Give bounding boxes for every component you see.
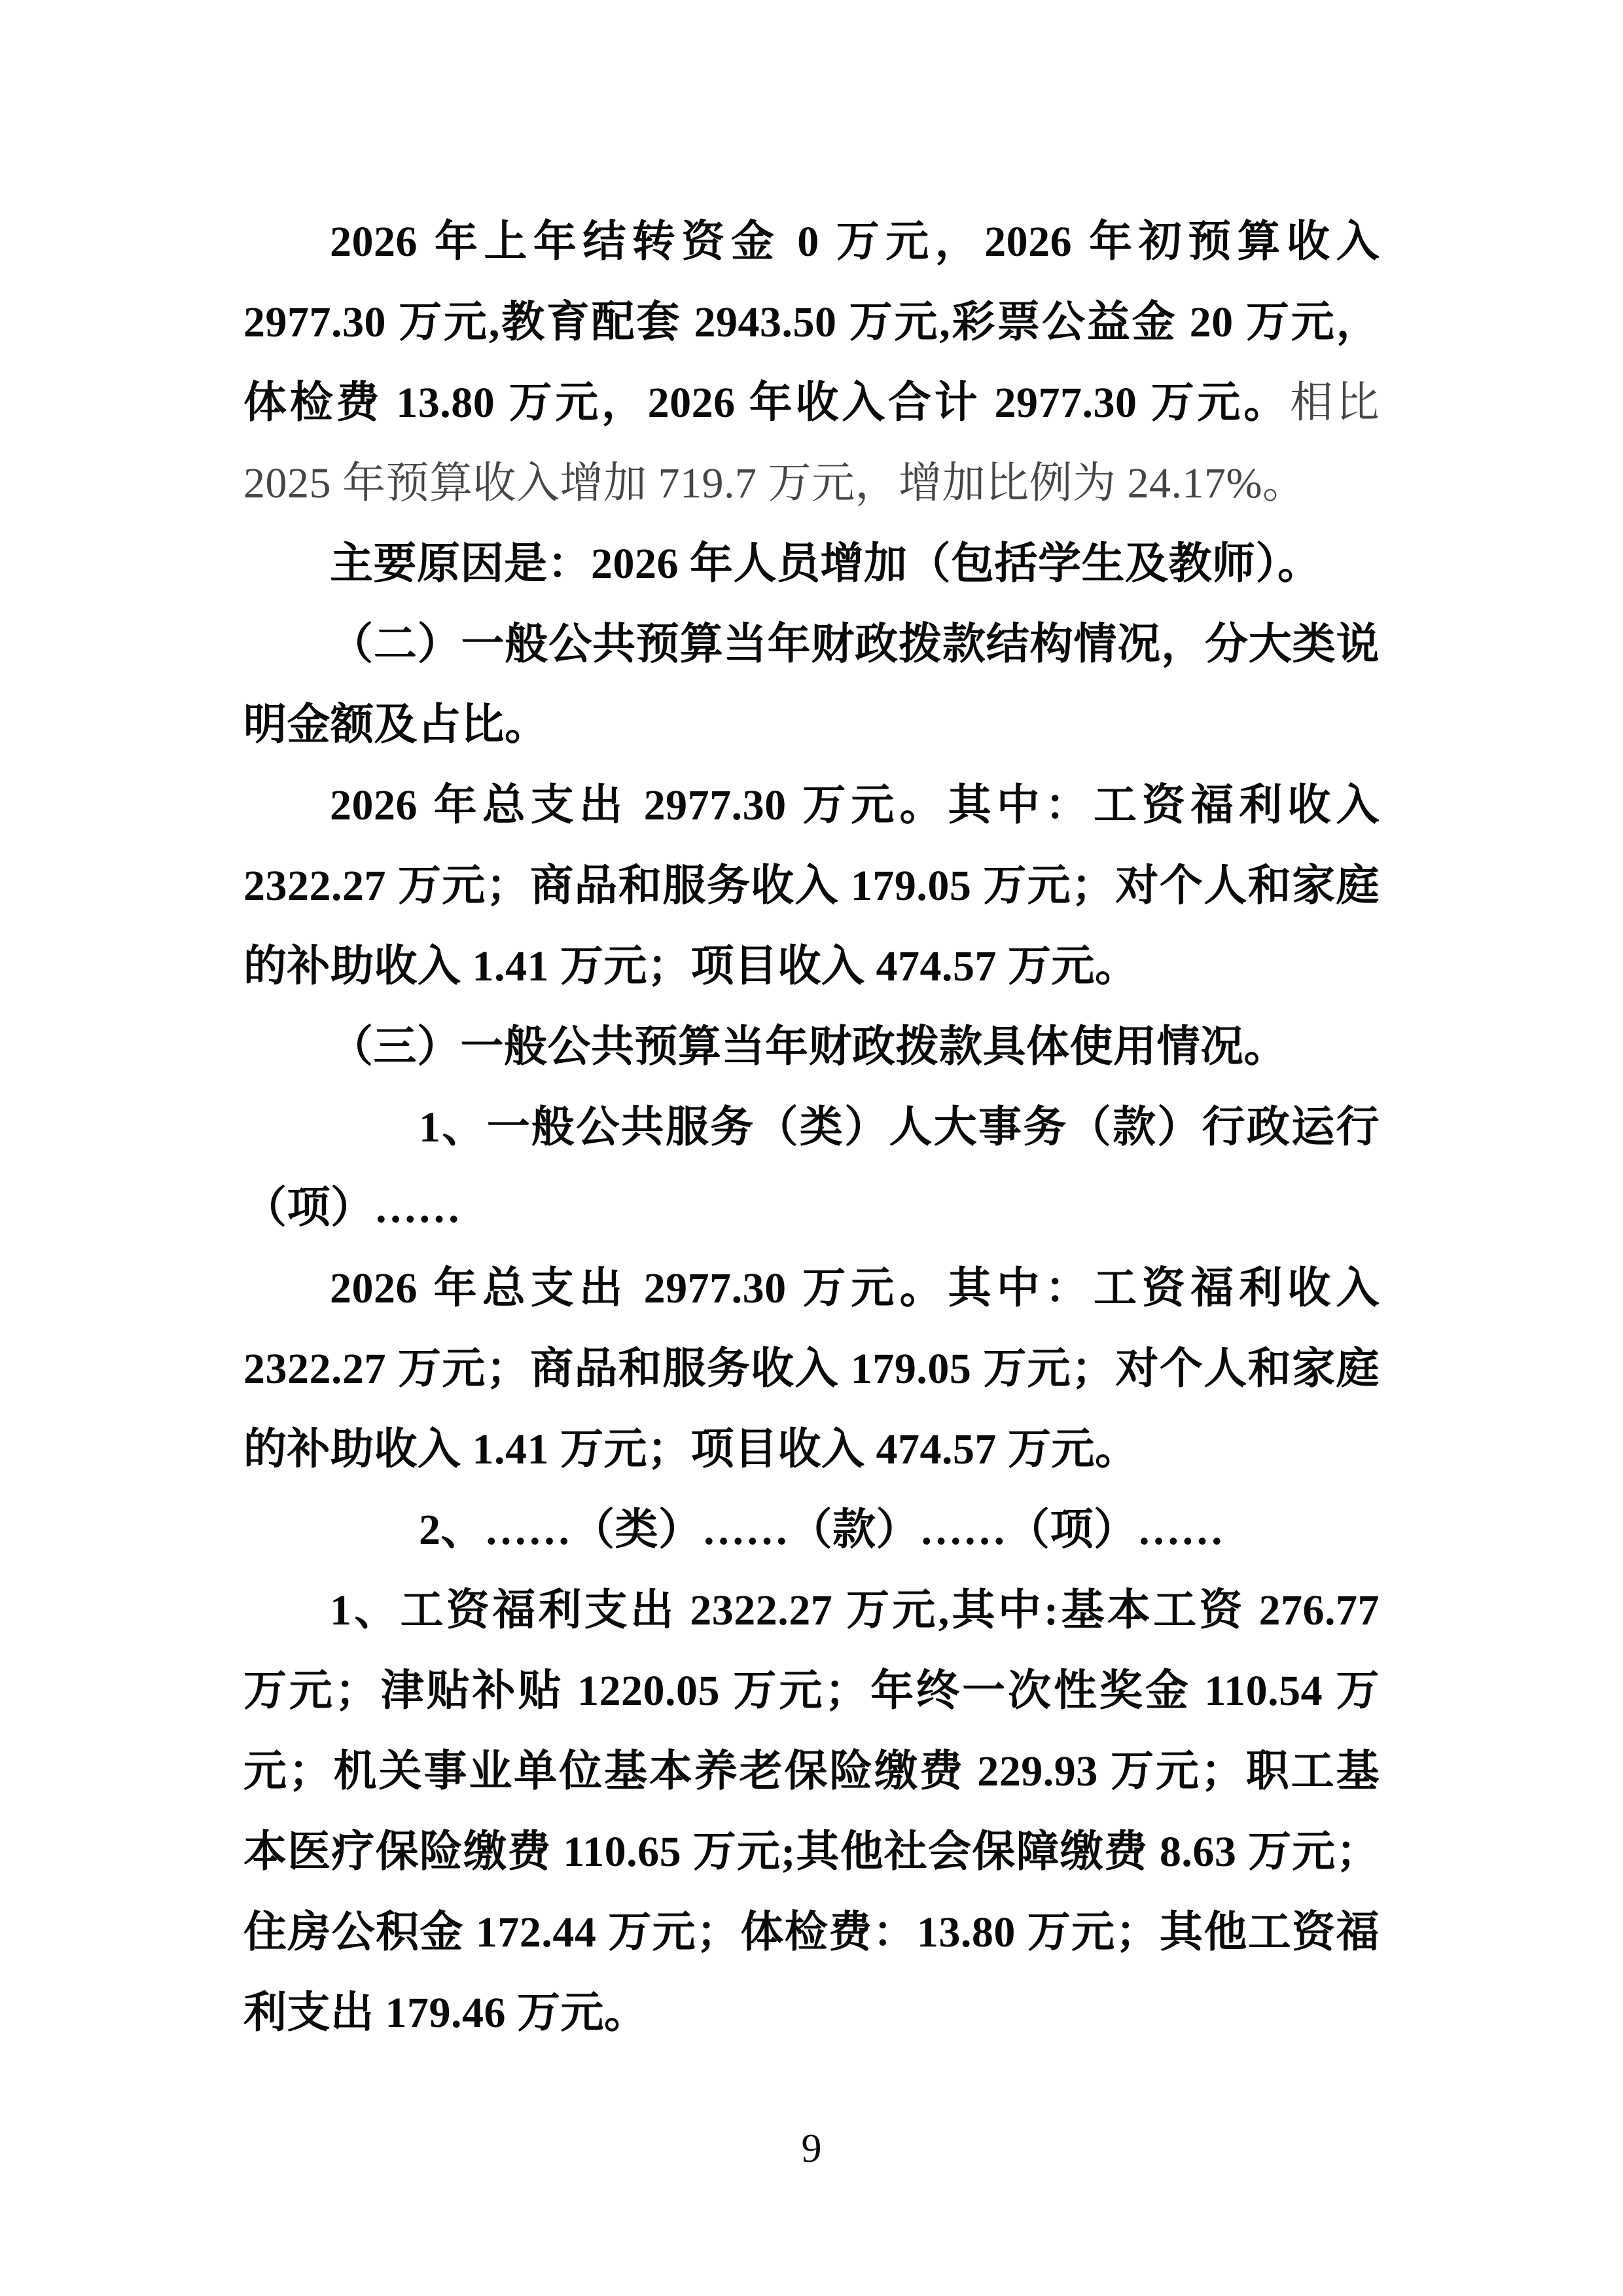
text-segment: 1、工资福利支出 2322.27 万元,其中:基本工资 276.77 万元；津贴… xyxy=(243,1587,1380,2037)
paragraph: 1、工资福利支出 2322.27 万元,其中:基本工资 276.77 万元；津贴… xyxy=(243,1570,1380,2053)
paragraph: （二）一般公共预算当年财政拨款结构情况，分大类说明金额及占比。 xyxy=(243,604,1380,765)
paragraph: （三）一般公共预算当年财政拨款具体使用情况。 xyxy=(243,1007,1380,1087)
text-segment: 2、……（类）……（款）……（项）…… xyxy=(419,1506,1224,1554)
text-segment: （三）一般公共预算当年财政拨款具体使用情况。 xyxy=(330,1023,1287,1071)
text-segment: 1、一般公共服务（类）人大事务（款）行政运行（项）…… xyxy=(243,1103,1380,1232)
page-body-text: 2026 年上年结转资金 0 万元，2026 年初预算收入 2977.30 万元… xyxy=(243,202,1380,2053)
paragraph: 主要原因是：2026 年人员增加（包括学生及教师）。 xyxy=(243,524,1380,604)
text-segment: 主要原因是：2026 年人员增加（包括学生及教师）。 xyxy=(330,540,1321,588)
paragraph: 2026 年总支出 2977.30 万元。其中：工资福利收入 2322.27 万… xyxy=(243,765,1380,1007)
paragraph: 2026 年总支出 2977.30 万元。其中：工资福利收入 2322.27 万… xyxy=(243,1248,1380,1490)
text-segment: （二）一般公共预算当年财政拨款结构情况，分大类说明金额及占比。 xyxy=(243,620,1380,749)
document-page: 2026 年上年结转资金 0 万元，2026 年初预算收入 2977.30 万元… xyxy=(0,0,1623,2296)
paragraph: 1、一般公共服务（类）人大事务（款）行政运行（项）…… xyxy=(243,1087,1380,1248)
text-segment: 2026 年总支出 2977.30 万元。其中：工资福利收入 2322.27 万… xyxy=(243,781,1380,990)
page-number: 9 xyxy=(0,2126,1623,2172)
text-segment: 2026 年总支出 2977.30 万元。其中：工资福利收入 2322.27 万… xyxy=(243,1265,1380,1473)
paragraph: 2026 年上年结转资金 0 万元，2026 年初预算收入 2977.30 万元… xyxy=(243,202,1380,524)
text-segment: 2026 年上年结转资金 0 万元，2026 年初预算收入 2977.30 万元… xyxy=(243,218,1380,427)
paragraph: 2、……（类）……（款）……（项）…… xyxy=(243,1490,1380,1570)
